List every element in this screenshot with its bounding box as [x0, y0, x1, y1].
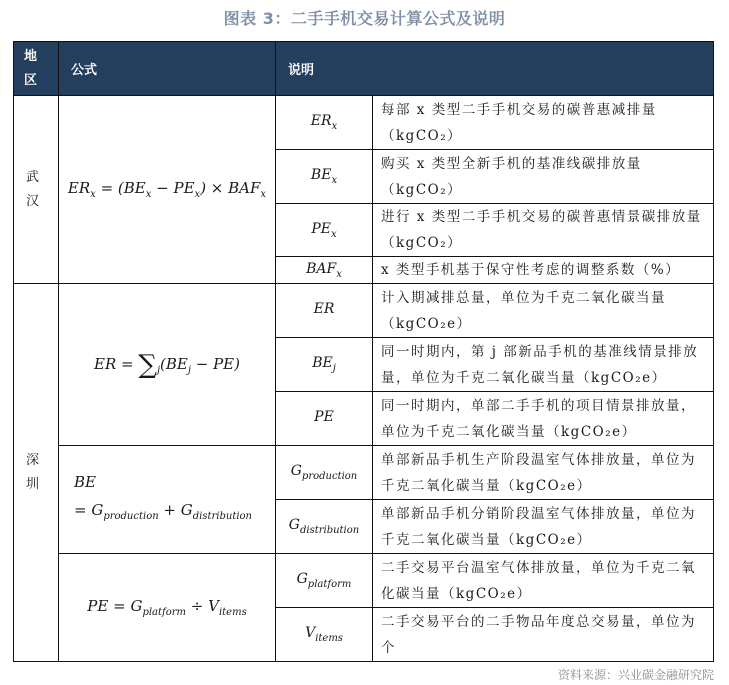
symbol-cell: Vitems [276, 608, 373, 662]
symbol-cell: PE [276, 392, 373, 446]
description-cell: 单部新品手机分销阶段温室气体排放量，单位为千克二氧化碳当量（kgCO₂e） [373, 500, 714, 554]
symbol-cell: Gplatform [276, 554, 373, 608]
table-header-row: 地 区 公式 说明 [14, 42, 714, 96]
region-shenzhen: 深圳 [14, 284, 59, 662]
description-cell: 每部 x 类型二手手机交易的碳普惠减排量（kgCO₂） [373, 96, 714, 150]
region-wuhan: 武汉 [14, 96, 59, 284]
table-row: PE = Gplatform ÷ Vitems Gplatform 二手交易平台… [14, 554, 714, 608]
symbol-cell: BEx [276, 150, 373, 204]
source-note: 资料来源：兴业碳金融研究院 [558, 666, 714, 683]
header-region: 地 区 [14, 42, 59, 96]
description-cell: 同一时期内，单部二手手机的项目情景排放量，单位为千克二氧化碳当量（kgCO₂e） [373, 392, 714, 446]
symbol-cell: ER [276, 284, 373, 338]
description-cell: 购买 x 类型全新手机的基准线碳排放量（kgCO₂） [373, 150, 714, 204]
description-cell: 单部新品手机生产阶段温室气体排放量，单位为千克二氧化碳当量（kgCO₂e） [373, 446, 714, 500]
description-cell: x 类型手机基于保守性考虑的调整系数（%） [373, 257, 714, 284]
table-row: BE = Gproduction + Gdistribution Gproduc… [14, 446, 714, 500]
description-cell: 进行 x 类型二手手机交易的碳普惠情景碳排放量（kgCO₂） [373, 204, 714, 257]
table-title: 图表 3：二手手机交易计算公式及说明 [0, 6, 729, 29]
table-row: 深圳 ER = ∑j(BEj − PE) ER 计入期减排总量，单位为千克二氧化… [14, 284, 714, 338]
formula-table: 地 区 公式 说明 武汉 ERx = (BEx − PEx) × BAFx ER… [13, 41, 714, 662]
symbol-cell: Gproduction [276, 446, 373, 500]
description-cell: 计入期减排总量，单位为千克二氧化碳当量（kgCO₂e） [373, 284, 714, 338]
header-formula: 公式 [59, 42, 276, 96]
formula-wuhan: ERx = (BEx − PEx) × BAFx [59, 96, 276, 284]
table-row: 武汉 ERx = (BEx − PEx) × BAFx ERx 每部 x 类型二… [14, 96, 714, 150]
formula-shenzhen-pe: PE = Gplatform ÷ Vitems [59, 554, 276, 662]
symbol-cell: PEx [276, 204, 373, 257]
symbol-cell: BEj [276, 338, 373, 392]
symbol-cell: BAFx [276, 257, 373, 284]
description-cell: 同一时期内，第 j 部新品手机的基准线情景排放量，单位为千克二氧化碳当量（kgC… [373, 338, 714, 392]
header-description: 说明 [276, 42, 714, 96]
symbol-cell: ERx [276, 96, 373, 150]
symbol-cell: Gdistribution [276, 500, 373, 554]
formula-shenzhen-er: ER = ∑j(BEj − PE) [59, 284, 276, 446]
description-cell: 二手交易平台的二手物品年度总交易量，单位为个 [373, 608, 714, 662]
formula-shenzhen-be: BE = Gproduction + Gdistribution [59, 446, 276, 554]
description-cell: 二手交易平台温室气体排放量，单位为千克二氧化碳当量（kgCO₂e） [373, 554, 714, 608]
